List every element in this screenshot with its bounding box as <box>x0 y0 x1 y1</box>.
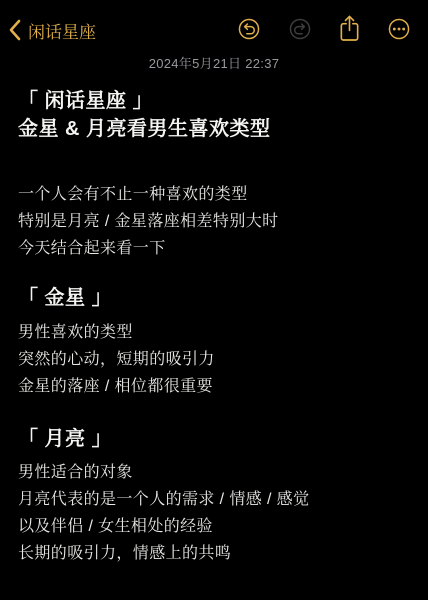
redo-button[interactable] <box>287 16 313 45</box>
navigation-bar: 闲话星座 <box>0 0 428 46</box>
intro-line-1: 一个人会有不止一种喜欢的类型 <box>18 181 410 208</box>
back-button[interactable]: 闲话星座 <box>8 18 96 43</box>
venus-paragraph: 男性喜欢的类型 突然的心动，短期的吸引力 金星的落座 / 相位都很重要 <box>18 319 410 400</box>
note-title-line-2: 金星 & 月亮看男生喜欢类型 <box>18 115 410 143</box>
share-button[interactable] <box>338 14 361 46</box>
redo-icon <box>287 16 313 45</box>
venus-line-1: 男性喜欢的类型 <box>18 319 410 346</box>
intro-line-2: 特别是月亮 / 金星落座相差特别大时 <box>18 208 410 235</box>
venus-line-2: 突然的心动，短期的吸引力 <box>18 346 410 373</box>
intro-line-3: 今天结合起来看一下 <box>18 235 410 262</box>
moon-line-1: 男性适合的对象 <box>18 459 410 486</box>
moon-line-2: 月亮代表的是一个人的需求 / 情感 / 感觉 <box>18 486 410 513</box>
undo-button[interactable] <box>236 16 262 45</box>
more-button[interactable] <box>386 16 412 45</box>
venus-section-heading: 「 金星 」 <box>18 284 410 312</box>
more-ellipsis-icon <box>386 16 412 45</box>
back-chevron-icon <box>8 19 21 41</box>
venus-line-3: 金星的落座 / 相位都很重要 <box>18 373 410 400</box>
back-button-label: 闲话星座 <box>28 18 96 43</box>
note-title-line-1: 「 闲话星座 」 <box>18 87 410 115</box>
moon-section-heading: 「 月亮 」 <box>18 425 410 453</box>
share-icon <box>338 14 361 46</box>
moon-paragraph: 男性适合的对象 月亮代表的是一个人的需求 / 情感 / 感觉 以及伴侣 / 女生… <box>18 459 410 567</box>
notes-app-screen: 闲话星座 <box>0 0 428 600</box>
moon-line-4: 长期的吸引力，情感上的共鸣 <box>18 540 410 567</box>
nav-actions <box>236 14 412 46</box>
undo-icon <box>236 16 262 45</box>
note-title: 「 闲话星座 」 金星 & 月亮看男生喜欢类型 <box>18 87 410 143</box>
intro-paragraph: 一个人会有不止一种喜欢的类型 特别是月亮 / 金星落座相差特别大时 今天结合起来… <box>18 181 410 262</box>
note-content[interactable]: 「 闲话星座 」 金星 & 月亮看男生喜欢类型 一个人会有不止一种喜欢的类型 特… <box>0 87 428 567</box>
note-date: 2024年5月21日 22:37 <box>0 53 428 72</box>
moon-line-3: 以及伴侣 / 女生相处的经验 <box>18 513 410 540</box>
